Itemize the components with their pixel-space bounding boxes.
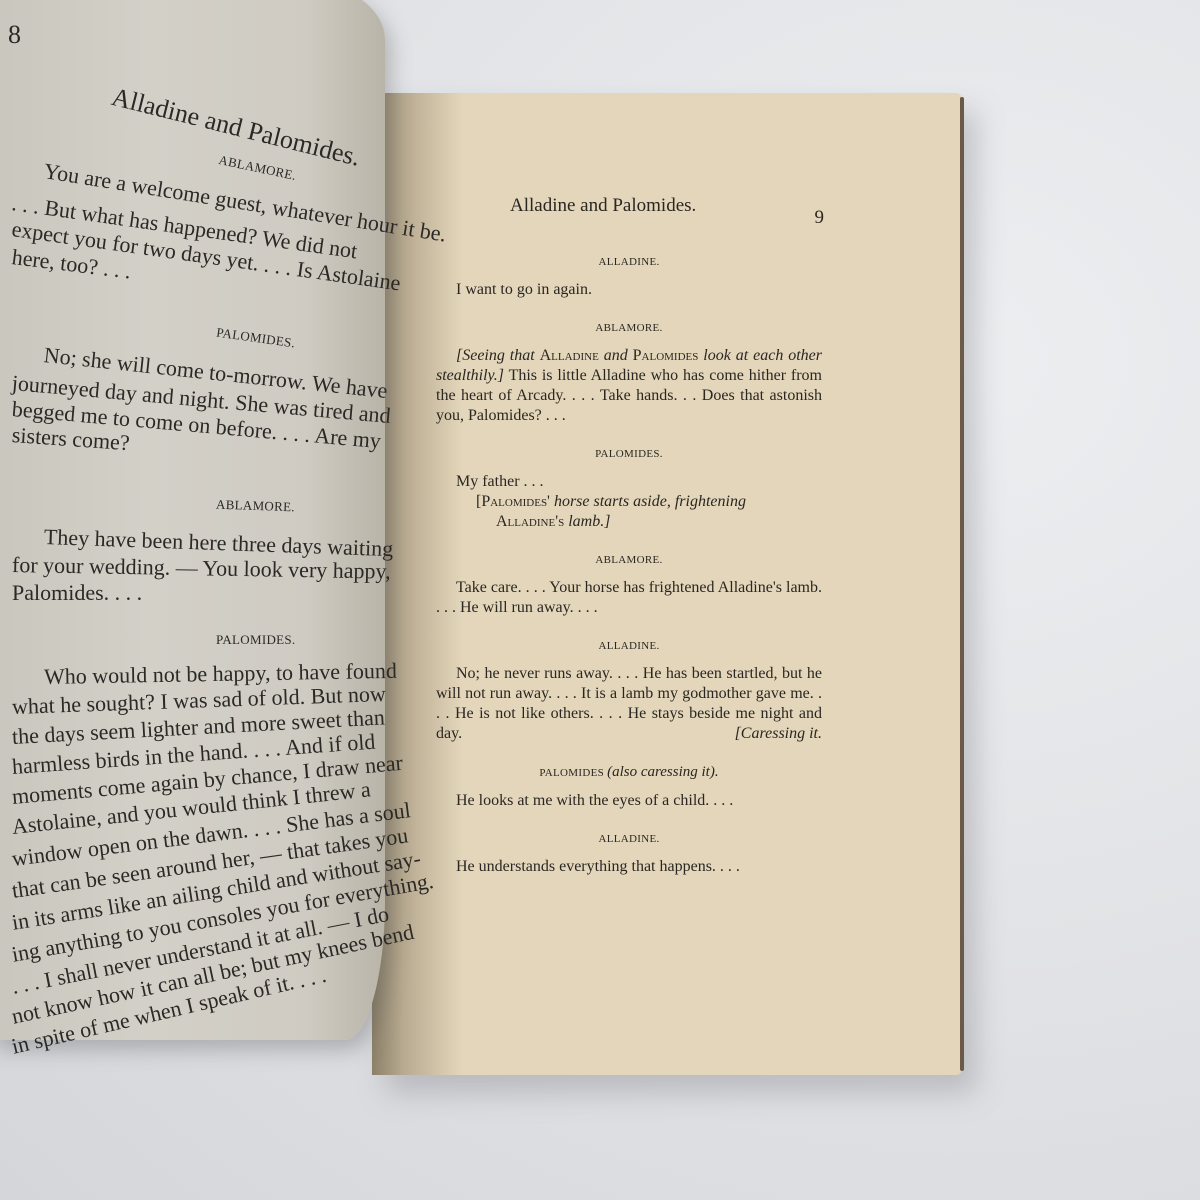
character-name: Palomides — [633, 347, 699, 364]
speaker-name: ALLADINE. — [436, 829, 822, 849]
stage-text: [Seeing that — [456, 347, 540, 364]
speaker-name: PALOMIDES. — [436, 444, 822, 464]
running-title: Alladine and Palomides. — [510, 196, 696, 216]
speaker-name: PALOMIDES. — [216, 632, 295, 648]
speaker-note: (also caressing it). — [607, 764, 719, 780]
stage-text: lamb.] — [564, 513, 610, 530]
text-line: Palomides. . . . — [12, 580, 142, 606]
speaker-name: ALLADINE. — [436, 252, 822, 272]
speaker-label: PALOMIDES — [539, 767, 604, 779]
speaker-name: ABLAMORE. — [436, 318, 822, 338]
stage-direction: [Palomides' horse starts aside, frighten… — [436, 492, 822, 532]
stage-line-2: Alladine's lamb.] — [476, 512, 822, 532]
character-name: Alladine — [540, 347, 599, 364]
right-page-text: Alladine and Palomides. 9 ALLADINE. I wa… — [436, 196, 822, 877]
dialogue-line: My father . . . — [436, 472, 822, 492]
dialogue-line: He looks at me with the eyes of a child.… — [436, 791, 822, 811]
speaker-name: ALLADINE. — [436, 636, 822, 656]
dialogue-paragraph: Take care. . . . Your horse has frighten… — [436, 578, 822, 618]
stage-text: horse starts aside, frightening — [550, 493, 746, 510]
page-number: 9 — [815, 208, 825, 228]
right-page-header: Alladine and Palomides. 9 — [436, 196, 822, 230]
speaker-name: ABLAMORE. — [216, 497, 295, 516]
dialogue-paragraph: No; he never runs away. . . . He has bee… — [436, 664, 822, 744]
speaker-name: PALOMIDES (also caressing it). — [436, 762, 822, 783]
dialogue-line: He understands everything that happens. … — [436, 857, 822, 877]
speaker-name: ABLAMORE. — [436, 550, 822, 570]
character-name: Alladine's — [496, 513, 564, 530]
stage-direction: [Caressing it. — [715, 724, 822, 744]
character-name: Palomides' — [481, 493, 550, 510]
dialogue-line: I want to go in again. — [436, 280, 822, 300]
dialogue-paragraph: [Seeing that Alladine and Palomides look… — [436, 346, 822, 426]
page-number: 8 — [8, 20, 21, 50]
stage-text: and — [599, 347, 633, 364]
